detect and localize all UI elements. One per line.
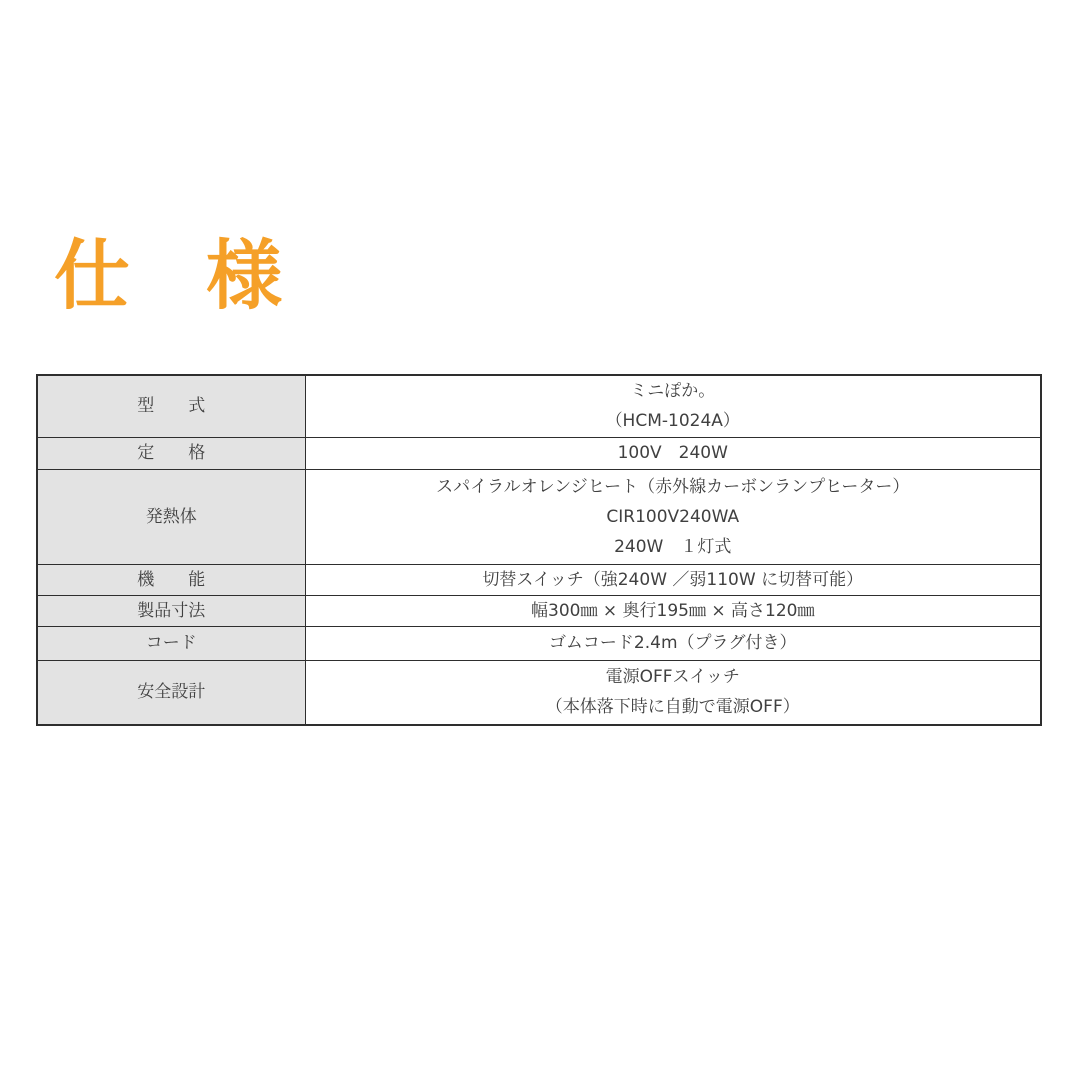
- spec-row-value: 幅300㎜ × 奥行195㎜ × 高さ120㎜: [305, 595, 1041, 626]
- spec-row-value: ミニぽか。（HCM-1024A）: [305, 375, 1041, 437]
- spec-row-label: 製品寸法: [37, 595, 305, 626]
- spec-row-label: 発熱体: [37, 469, 305, 564]
- spec-row: 型 式ミニぽか。（HCM-1024A）: [37, 375, 1041, 437]
- spec-sheet-page: 仕 様 型 式ミニぽか。（HCM-1024A）定 格100V 240W発熱体スパ…: [0, 0, 1080, 1080]
- spec-value-line: CIR100V240WA: [306, 502, 1041, 532]
- spec-row: 機 能切替スイッチ（強240W ／弱110W に切替可能）: [37, 564, 1041, 595]
- spec-row-label: 型 式: [37, 375, 305, 437]
- spec-row: 安全設計電源OFFスイッチ（本体落下時に自動で電源OFF）: [37, 660, 1041, 725]
- spec-row-label: コード: [37, 626, 305, 660]
- spec-row-label: 定 格: [37, 437, 305, 469]
- spec-table-body: 型 式ミニぽか。（HCM-1024A）定 格100V 240W発熱体スパイラルオ…: [37, 375, 1041, 725]
- spec-value-line: （HCM-1024A）: [306, 406, 1041, 436]
- spec-value-line: 240W １灯式: [306, 532, 1041, 562]
- spec-row-value: 100V 240W: [305, 437, 1041, 469]
- spec-row: 定 格100V 240W: [37, 437, 1041, 469]
- spec-value-line: 幅300㎜ × 奥行195㎜ × 高さ120㎜: [306, 596, 1041, 626]
- spec-row-value: スパイラルオレンジヒート（赤外線カーボンランプヒーター）CIR100V240WA…: [305, 469, 1041, 564]
- spec-row: 発熱体スパイラルオレンジヒート（赤外線カーボンランプヒーター）CIR100V24…: [37, 469, 1041, 564]
- spec-value-line: 切替スイッチ（強240W ／弱110W に切替可能）: [306, 565, 1041, 595]
- spec-value-line: ミニぽか。: [306, 376, 1041, 406]
- spec-value-line: スパイラルオレンジヒート（赤外線カーボンランプヒーター）: [306, 472, 1041, 502]
- spec-row-label: 安全設計: [37, 660, 305, 725]
- spec-value-line: （本体落下時に自動で電源OFF）: [306, 692, 1041, 722]
- page-title: 仕 様: [54, 234, 282, 318]
- spec-row-value: 電源OFFスイッチ（本体落下時に自動で電源OFF）: [305, 660, 1041, 725]
- spec-value-line: 100V 240W: [306, 438, 1041, 468]
- spec-value-line: ゴムコード2.4m（プラグ付き）: [306, 628, 1041, 658]
- spec-row: コードゴムコード2.4m（プラグ付き）: [37, 626, 1041, 660]
- spec-row: 製品寸法幅300㎜ × 奥行195㎜ × 高さ120㎜: [37, 595, 1041, 626]
- spec-row-value: ゴムコード2.4m（プラグ付き）: [305, 626, 1041, 660]
- spec-table: 型 式ミニぽか。（HCM-1024A）定 格100V 240W発熱体スパイラルオ…: [36, 374, 1042, 726]
- spec-value-line: 電源OFFスイッチ: [306, 662, 1041, 692]
- spec-row-label: 機 能: [37, 564, 305, 595]
- spec-row-value: 切替スイッチ（強240W ／弱110W に切替可能）: [305, 564, 1041, 595]
